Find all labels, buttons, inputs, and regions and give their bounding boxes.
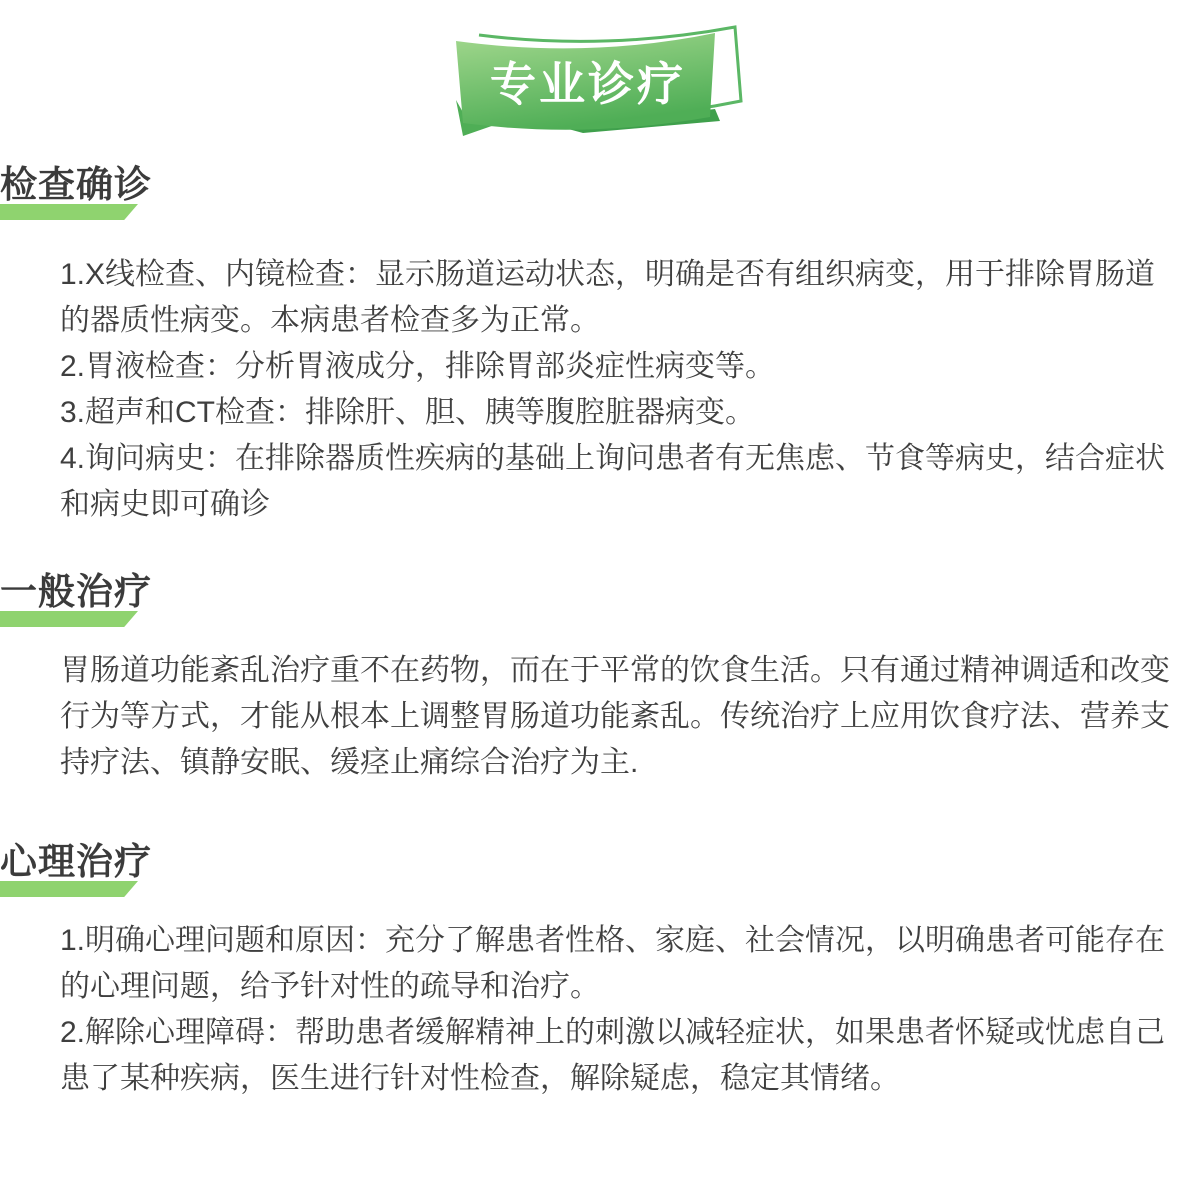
body-paragraph: 1.明确心理问题和原因：充分了解患者性格、家庭、社会情况，以明确患者可能存在的心… [60, 918, 1180, 1010]
section-body-general-treatment: 胃肠道功能紊乱治疗重不在药物，而在于平常的饮食生活。只有通过精神调适和改变行为等… [0, 648, 1204, 786]
ribbon-banner-graphic: 专业诊疗 [443, 24, 755, 150]
section-body-examination: 1.X线检查、内镜检查：显示肠道运动状态，明确是否有组织病变，用于排除胃肠道的器… [0, 252, 1204, 528]
section-body-psychological-treatment: 1.明确心理问题和原因：充分了解患者性格、家庭、社会情况，以明确患者可能存在的心… [0, 918, 1204, 1102]
section-underline [0, 611, 138, 627]
section-underline [0, 881, 138, 897]
body-paragraph: 2.胃液检查：分析胃液成分，排除胃部炎症性病变等。 [60, 344, 1180, 390]
body-paragraph: 3.超声和CT检查：排除肝、胆、胰等腹腔脏器病变。 [60, 390, 1180, 436]
section-underline [0, 204, 138, 220]
section-title-psychological-treatment: 心理治疗 [0, 843, 152, 883]
body-paragraph: 1.X线检查、内镜检查：显示肠道运动状态，明确是否有组织病变，用于排除胃肠道的器… [60, 252, 1180, 344]
section-title-general-treatment: 一般治疗 [0, 573, 152, 613]
page: { "banner": { "title": "专业诊疗" }, "colors… [0, 0, 1204, 1183]
body-paragraph: 4.询问病史：在排除器质性疾病的基础上询问患者有无焦虑、节食等病史，结合症状和病… [60, 436, 1180, 528]
ribbon-banner: 专业诊疗 [443, 24, 755, 150]
section-title-examination: 检查确诊 [0, 166, 152, 206]
banner-title: 专业诊疗 [490, 59, 686, 110]
body-paragraph: 胃肠道功能紊乱治疗重不在药物，而在于平常的饮食生活。只有通过精神调适和改变行为等… [60, 648, 1180, 786]
body-paragraph: 2.解除心理障碍：帮助患者缓解精神上的刺激以减轻症状，如果患者怀疑或忧虑自己患了… [60, 1010, 1180, 1102]
